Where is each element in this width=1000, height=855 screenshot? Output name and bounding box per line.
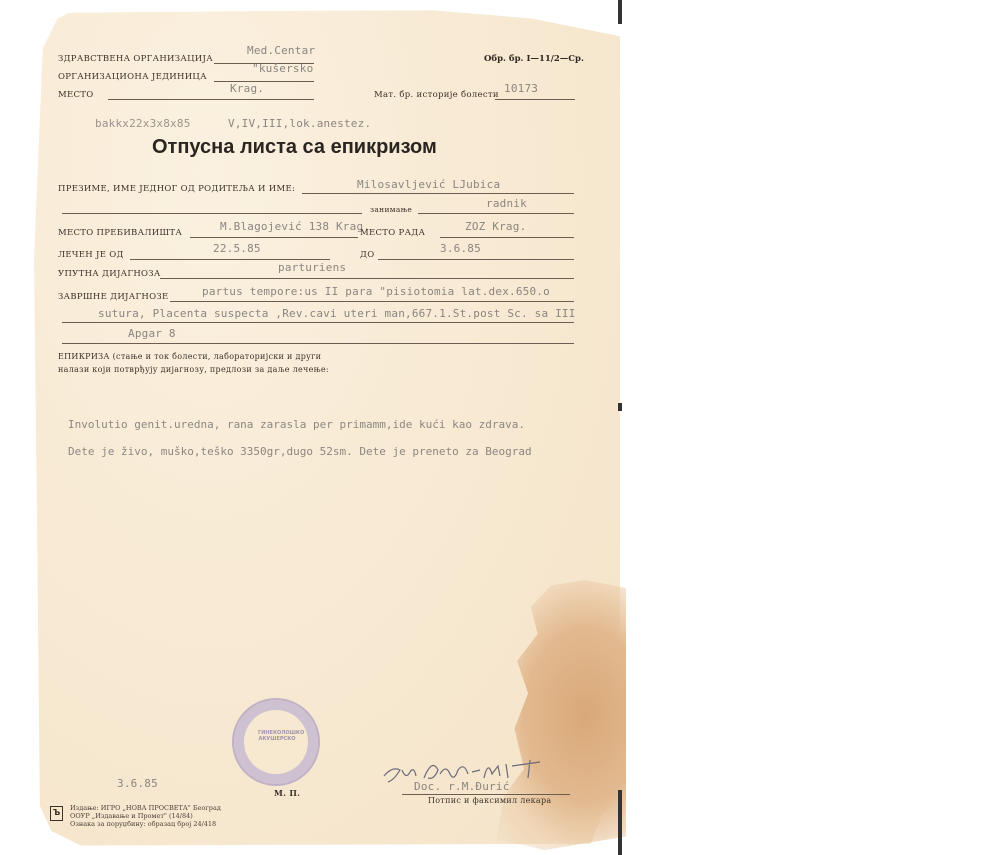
field-line [62,322,574,323]
scan-edge [618,790,622,855]
name-value: Milosavljević LJubica [357,178,500,191]
publisher-logo-icon: Ъ [50,806,63,821]
epicrisis-line-1: Involutio genit.uredna, rana zarasla per… [68,418,525,431]
doctor-name: Doc. r.M.Đurić [414,780,510,793]
final-diagnosis-line-3: Apgar 8 [128,327,176,340]
occupation-value: radnik [486,197,527,210]
publisher-line-2: ООУР „Издавање и Промет" (14/84) [70,812,193,820]
residence-label: Место пребивалишта [58,228,182,238]
discharge-date: 3.6.85 [117,777,158,790]
field-line [495,99,575,100]
publisher-line-3: Ознака за поруџбину: образац број 24/418 [70,820,216,828]
struck-typed-text: bakkx22x3x8x85 [95,117,191,130]
epicrisis-label-line1: ЕПИКРИЗА (стање и ток болести, лаборатор… [58,352,321,361]
referral-diagnosis-value: parturiens [278,261,346,274]
epicrisis-line-2: Dete je živo, muško,teško 3350gr,dugo 52… [68,445,532,458]
publisher-line-1: Издање: ИГРО „НОВА ПРОСВЕТА" Београд [70,804,221,812]
field-line [302,193,574,194]
referral-diagnosis-label: Упутна дијагноза [58,269,161,279]
anesthesia-note: V,IV,III,lok.anestez. [228,117,371,130]
field-line [170,301,574,302]
occupation-label: занимање [370,205,412,214]
field-line [190,237,358,238]
field-line [440,237,574,238]
field-line [62,343,574,344]
stamp-place-label: М. П. [274,788,300,798]
form-number: Обр. бр. I—11/2—Ср. [484,54,584,64]
signature-line [402,794,570,795]
final-diagnoses-label: Завршне дијагнозе [58,292,169,302]
document-title: Отпусна листа са епикризом [152,136,437,159]
field-line [418,213,574,214]
org-unit-value: "kušersko [252,62,313,75]
place-label: Место [58,90,94,100]
field-line [378,259,574,260]
final-diagnosis-line-1: partus tempore:us II para "pisiotomia la… [202,285,550,298]
residence-value: M.Blagojević 138 Krag. [220,220,370,233]
signature-label: Потпис и факсимил лекара [428,796,551,805]
health-org-value: Med.Centar [247,44,315,57]
final-diagnosis-line-2: sutura, Placenta suspecta ,Rev.cavi uter… [98,307,576,320]
workplace-label: Место рада [360,228,425,238]
health-org-label: Здравствена организација [58,54,213,64]
history-number-value: 10173 [504,82,538,95]
scan-edge [618,403,622,411]
scan-edge [618,0,622,24]
epicrisis-label-line2: налази који потврђују дијагнозу, предлоз… [58,365,329,374]
history-number-label: Мат. бр. историје болести [374,90,499,100]
official-stamp: ГИНЕКОЛОШКО АКУШЕРСКО [232,698,320,786]
treated-to-label: до [360,250,374,260]
place-value: Krag. [230,82,264,95]
name-label: Презиме, име једног од родитеља и име: [58,184,295,194]
field-line [62,213,362,214]
stamp-text: ГИНЕКОЛОШКО АКУШЕРСКО [258,730,296,742]
org-unit-label: Организациона јединица [58,72,207,82]
treated-from-value: 22.5.85 [213,242,261,255]
treated-to-value: 3.6.85 [440,242,481,255]
field-line [108,99,314,100]
treated-from-label: Лечен је од [58,250,124,260]
workplace-value: ZOZ Krag. [465,220,526,233]
field-line [130,259,330,260]
field-line [160,278,574,279]
